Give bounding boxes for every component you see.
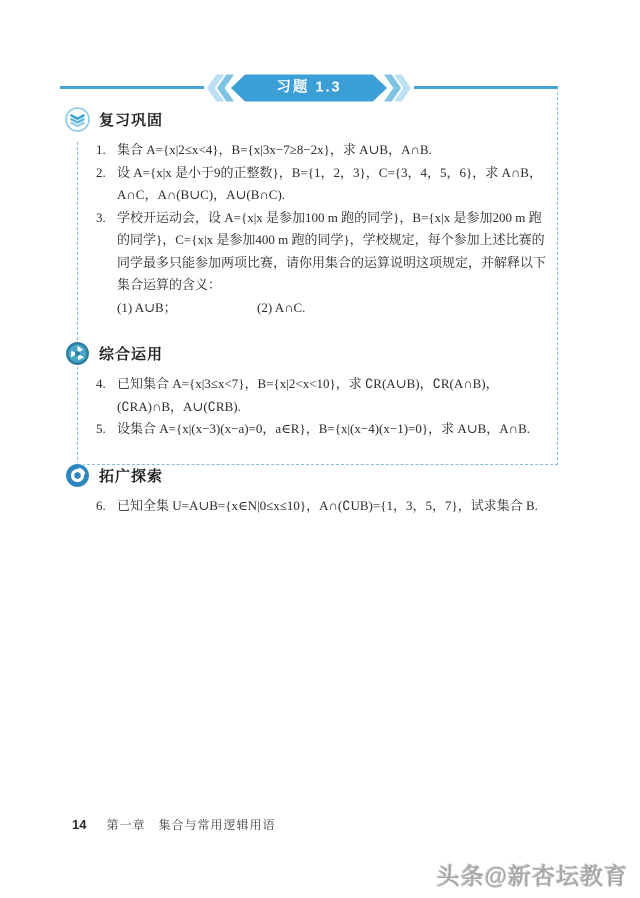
problem-item: 6. 已知全集 U=A∪B={x∈N|0≤x≤10}，A∩(∁UB)={1，3，…: [96, 495, 548, 518]
problem-body: 设 A={x|x 是小于9的正整数}，B={1，2，3}，C={3，4，5，6}…: [117, 162, 548, 207]
problem-number: 5.: [96, 418, 117, 441]
problem-subpart: (2) A∩C.: [257, 297, 397, 320]
section: 复习巩固 1. 集合 A={x|2≤x<4}，B={x|3x−7≥8−2x}，求…: [60, 87, 558, 319]
problem-list: 4. 已知集合 A={x|3≤x<7}，B={x|2<x<10}，求 ∁R(A∪…: [60, 373, 558, 441]
problem-subparts: (1) A∪B；(2) A∩C.: [117, 297, 548, 320]
problem-item: 1. 集合 A={x|2≤x<4}，B={x|3x−7≥8−2x}，求 A∪B，…: [96, 139, 548, 162]
layers-icon: [65, 107, 90, 132]
problem-text: 已知集合 A={x|3≤x<7}，B={x|2<x<10}，求 ∁R(A∪B)，…: [117, 376, 499, 414]
problem-number: 1.: [96, 139, 117, 162]
problem-item: 4. 已知集合 A={x|3≤x<7}，B={x|2<x<10}，求 ∁R(A∪…: [96, 373, 548, 418]
section: 综合运用 4. 已知集合 A={x|3≤x<7}，B={x|2<x<10}，求 …: [60, 319, 558, 441]
problem-list: 1. 集合 A={x|2≤x<4}，B={x|3x−7≥8−2x}，求 A∪B，…: [60, 139, 558, 319]
problem-body: 集合 A={x|2≤x<4}，B={x|3x−7≥8−2x}，求 A∪B，A∩B…: [117, 139, 548, 162]
watermark: 头条@新杏坛教育: [437, 858, 628, 891]
sections-container: 复习巩固 1. 集合 A={x|2≤x<4}，B={x|3x−7≥8−2x}，求…: [60, 87, 558, 517]
section-title: 拓广探索: [99, 465, 163, 486]
section-header: 复习巩固: [65, 87, 558, 132]
problem-text: 设 A={x|x 是小于9的正整数}，B={1，2，3}，C={3，4，5，6}…: [117, 165, 542, 203]
section-header: 综合运用: [65, 319, 558, 366]
problem-body: 已知集合 A={x|3≤x<7}，B={x|2<x<10}，求 ∁R(A∪B)，…: [117, 373, 548, 418]
problem-text: 集合 A={x|2≤x<4}，B={x|3x−7≥8−2x}，求 A∪B，A∩B…: [117, 142, 432, 157]
page-number: 14: [72, 817, 86, 832]
problem-body: 设集合 A={x|(x−3)(x−a)=0，a∈R}，B={x|(x−4)(x−…: [117, 418, 548, 441]
section-header: 拓广探索: [65, 441, 558, 488]
problem-text: 设集合 A={x|(x−3)(x−a)=0，a∈R}，B={x|(x−4)(x−…: [117, 421, 530, 436]
problem-number: 6.: [96, 495, 117, 518]
problem-subpart: (1) A∪B；: [117, 297, 257, 320]
textbook-page: 习题 1.3 复习巩固 1. 集合: [0, 0, 640, 898]
problem-number: 4.: [96, 373, 117, 418]
problem-item: 5. 设集合 A={x|(x−3)(x−a)=0，a∈R}，B={x|(x−4)…: [96, 418, 548, 441]
problem-number: 2.: [96, 162, 117, 207]
section: 拓广探索 6. 已知全集 U=A∪B={x∈N|0≤x≤10}，A∩(∁UB)=…: [60, 441, 558, 518]
problem-list: 6. 已知全集 U=A∪B={x∈N|0≤x≤10}，A∩(∁UB)={1，3，…: [60, 495, 558, 518]
section-title: 综合运用: [99, 343, 163, 364]
aperture-icon: [65, 341, 90, 366]
problem-item: 2. 设 A={x|x 是小于9的正整数}，B={1，2，3}，C={3，4，5…: [96, 162, 548, 207]
problem-text: 已知全集 U=A∪B={x∈N|0≤x≤10}，A∩(∁UB)={1，3，5，7…: [117, 498, 538, 513]
section-title: 复习巩固: [99, 109, 163, 130]
problem-body: 学校开运动会，设 A={x|x 是参加100 m 跑的同学}，B={x|x 是参…: [117, 207, 548, 320]
problem-text: 学校开运动会，设 A={x|x 是参加100 m 跑的同学}，B={x|x 是参…: [117, 210, 546, 293]
exercise-content-frame: 复习巩固 1. 集合 A={x|2≤x<4}，B={x|3x−7≥8−2x}，求…: [60, 87, 558, 465]
spiral-icon: [65, 463, 90, 488]
problem-number: 3.: [96, 207, 117, 320]
chapter-title: 第一章 集合与常用逻辑用语: [106, 816, 275, 833]
page-footer: 14 第一章 集合与常用逻辑用语: [72, 816, 275, 833]
problem-item: 3. 学校开运动会，设 A={x|x 是参加100 m 跑的同学}，B={x|x…: [96, 207, 548, 320]
problem-body: 已知全集 U=A∪B={x∈N|0≤x≤10}，A∩(∁UB)={1，3，5，7…: [117, 495, 548, 518]
